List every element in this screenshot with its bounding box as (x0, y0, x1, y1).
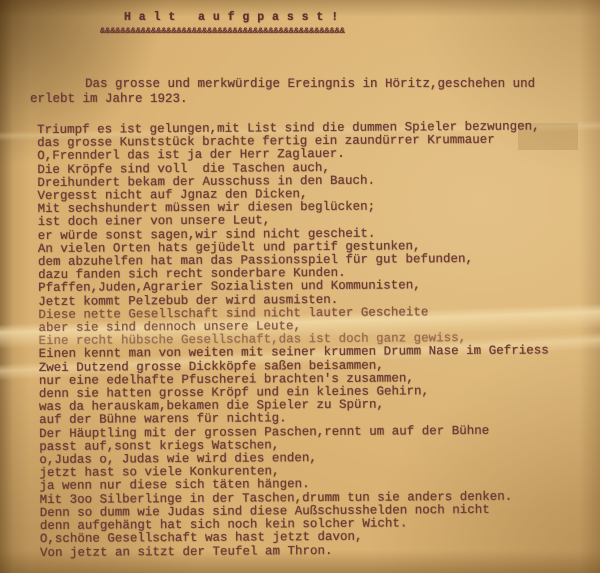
intro-line-2: erlebt im Jahre 1923. (30, 92, 188, 106)
intro-line-1: Das grosse und merkwürdige Ereingnis in … (85, 77, 535, 91)
poem-body: Triumpf es ist gelungen,mit List sind di… (37, 120, 600, 560)
title-underline-ornament: &&&&&&&&&&&&&&&&&&&&&&&&&&&&&&&&&&&&&&&&… (100, 26, 345, 36)
document-photo: H a l t a u f g p a s s t ! &&&&&&&&&&&&… (0, 0, 600, 573)
document-title: H a l t a u f g p a s s t ! (124, 11, 339, 24)
